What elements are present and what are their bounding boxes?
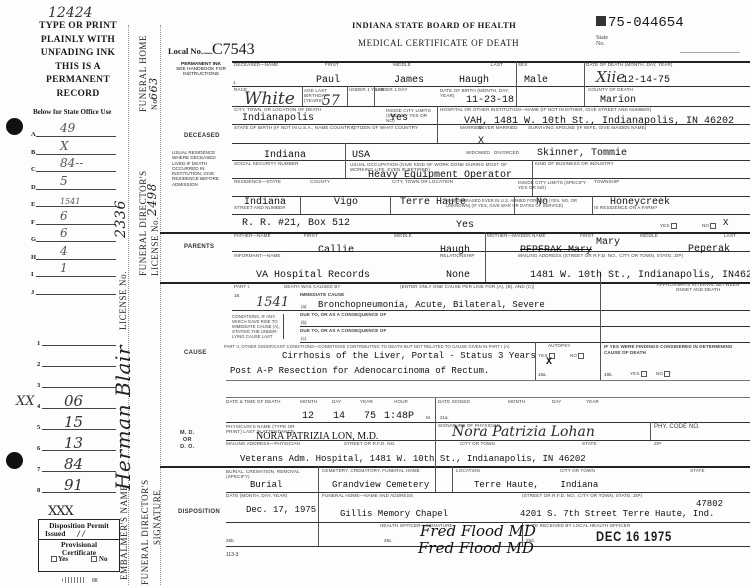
checkbox-no[interactable] [91,556,97,562]
res-county-label: COUNTY [310,180,330,185]
md-line: M. D. [180,430,195,437]
state-code-letter: A [31,131,36,138]
dt-day-label: DAY [332,400,341,405]
col-divider [532,160,533,196]
col-divider [300,196,301,214]
state-no: 75-044654 [596,15,684,31]
state-code-line [36,206,116,207]
state-code-value[interactable]: 13 [64,434,83,452]
section-md-do: M. D. OR D. O. [180,430,195,451]
punch-hole [6,118,23,135]
state-code-number: 5 [37,424,40,431]
interval-label: APPROXIMATE INTERVAL BETWEEN ONSET AND D… [648,282,748,292]
city-label: CITY, TOWN, OR LOCATION OF DEATH [234,108,322,113]
state-code-number: 6 [37,445,40,452]
state-code-letter: I [31,271,34,278]
farm-yes[interactable]: YES [660,223,677,229]
yes-label: Yes [58,555,68,563]
col-divider [650,422,651,440]
state-code-value[interactable]: X [60,139,69,153]
findings-no-label: NO [656,371,663,376]
dod-label: DATE OF DEATH (MONTH, DAY, YEAR) [586,63,673,68]
state-code-letter: C [31,166,36,173]
first-label: FIRST [325,63,339,68]
findings-yes-label: YES [630,371,640,376]
res-city-label: CITY, TOWN OR LOCATION [392,180,453,185]
state-code-line [36,189,116,190]
state-code-number: 7 [37,466,40,473]
res-state-label: RESIDENCE—STATE [234,180,281,185]
field-number: 25d. [526,538,535,543]
state-code-value[interactable]: 06 [64,392,83,410]
signed-month-label: MONTH [508,400,525,405]
sex-label: SEX [518,63,528,68]
issued-value: / / [77,529,85,538]
funeral-home-label: FUNERAL HOME—NAME AND ADDRESS [322,494,413,499]
section-disposition: DISPOSITION [178,509,220,515]
field-number: 18. [234,293,240,298]
state-code-value[interactable]: 84 [64,455,83,473]
autopsy-no-label: NO [570,353,577,358]
res-limits-label: INSIDE CITY LIMITS (SPECIFY YES OR NO) [518,180,588,190]
health-officer-signature: Fred Flood MD [420,524,536,539]
mailing-label: MAILING ADDRESS—PHYSICIAN [226,442,300,447]
location-city-label: CITY OR TOWN [560,469,595,474]
md-line: OR [180,437,195,444]
death-hour[interactable]: 1:48P [384,412,414,422]
mother-middle-label: MIDDLE [640,234,658,239]
state-code-letter: B [31,149,35,156]
notice-line: TYPE OR PRINT [33,20,123,34]
union-label-ornament [62,577,86,583]
township-label: TOWNSHIP [594,180,619,185]
deceased-sex[interactable]: Male [524,76,548,86]
date-label: DATE (MONTH, DAY, YEAR) [226,494,287,499]
phy-code-label: PHY. CODE NO. [654,424,700,430]
field-number: 1. [233,80,237,85]
dt-month-label: MONTH [300,400,317,405]
father-first-label: FIRST [304,234,318,239]
col-divider [535,342,536,380]
business-label: KIND OF BUSINESS OR INDUSTRY [535,162,614,167]
signed-year-label: YEAR [586,400,599,405]
license-label: LICENSE No. [118,271,128,330]
findings-no[interactable]: NO [656,371,670,377]
form-title: MEDICAL CERTIFICATE OF DEATH [358,38,519,48]
funeral-home-name[interactable]: Gillis Memory Chapel [340,510,448,519]
informant-label: INFORMANT—NAME [234,254,281,259]
marital-status-mark[interactable]: X [478,137,484,147]
directors-license-no: 2498 [146,183,158,216]
deceased-first[interactable]: Paul [316,76,340,86]
birth-state-label: STATE OF BIRTH (IF NOT IN U.S.A., NAME C… [234,126,355,131]
notice-line: RECORD [33,88,123,102]
part2-line1[interactable]: Cirrhosis of the Liver, Portal - Status … [282,352,536,361]
autopsy-label: AUTOPSY [548,344,571,349]
dt-hour-label: HOUR [394,400,408,405]
md-line: D. O. [180,444,195,451]
never-married-label: NEVER MARRIED [478,126,518,131]
inside-city-limits[interactable]: Yes [390,114,408,124]
mother-first-label: FIRST [580,234,594,239]
usual-residence-note: USUAL RESIDENCE WHERE DECEASED LIVED IF … [172,150,219,187]
street-label: STREET OR R.F.D. NO. [344,442,396,447]
state-code-value[interactable]: 49 [60,121,75,135]
note-line: LYING CAUSE LAST [232,334,280,339]
state-code-value[interactable]: 5 [60,174,68,188]
rule [300,342,750,343]
dt-year-label: YEAR [360,400,373,405]
cause-code: 1541 [256,296,289,309]
state-code-prefix: XX [16,394,35,409]
mother-last[interactable]: Peperak [688,245,730,255]
state-code-number: 8 [37,487,40,494]
notice-line: PLAINLY WITH [33,34,123,48]
checkbox-farm-yes[interactable] [671,223,677,229]
city-label: CITY OR TOWN [460,442,495,447]
rule [232,160,750,161]
informant-address[interactable]: 1481 W. 10th St., Indianapolis, IN4620 [530,271,750,281]
rule [232,251,750,252]
part2-line2[interactable]: Post A-P Resection for Adenocarcinoma of… [230,367,489,376]
cause-a[interactable]: Bronchopneumonia, Acute, Bilateral, Seve… [318,301,545,310]
provisional-yes[interactable]: Yes [51,556,69,564]
armed-label: WAS DECEASED EVER IN U.S. ARMED FORCES? … [446,198,586,208]
col-divider [516,62,517,106]
dod-overwrite: Xiie [596,70,625,85]
mother-first[interactable]: Mary [596,238,620,248]
state-code-value[interactable]: 84-- [60,156,83,170]
state-code-line [36,171,116,172]
stamp-mark-icon [596,16,606,26]
col-divider [435,397,436,492]
physician-signature: Nora Patrizia Lohan [452,425,595,439]
death-day[interactable]: 14 [333,412,345,422]
citizenship[interactable]: USA [352,151,370,161]
state-code-line [36,259,116,260]
state-code-number: 4 [37,403,40,410]
mother-last-label: LAST [724,234,736,239]
surviving-spouse[interactable]: Skinner, Tommie [537,149,627,159]
method-label: BURIAL, CREMATION, REMOVAL (SPECIFY) [226,469,312,479]
local-no: Local No.........C7543 [168,41,255,59]
col-divider [592,196,593,214]
field-number: 25c. [384,538,393,543]
col-divider [584,62,585,106]
checkbox-yes[interactable] [51,556,57,562]
instructions: PERMANENT INK SEE HANDBOOK FOR INSTRUCTI… [170,62,232,77]
col-divider [485,232,486,282]
findings-label: IF YES WERE FINDINGS CONSIDERED IN DETER… [604,344,744,355]
funeral-home-no: 663 [148,77,159,100]
punch-hole [6,452,23,469]
location-state-label: STATE [690,469,705,474]
col-divider [302,86,303,106]
address-label: (STREET OR R.F.D. NO., CITY OR TOWN, STA… [522,494,642,499]
caused-by-label: DEATH WAS CAUSED BY [284,285,341,290]
fd-signature-label: FUNERAL DIRECTOR'S [140,479,150,585]
embalmer-label: EMBALMER'S NAME [119,485,129,580]
state-no-value: 75-044654 [608,15,684,31]
deceased-middle[interactable]: James [394,76,424,86]
notice-line: PERMANENT [33,74,123,88]
divider [680,52,740,53]
col-divider [345,143,346,178]
state-code-line [36,136,116,137]
rule [160,466,750,468]
rule [232,196,750,197]
father-first[interactable]: Callie [318,246,354,256]
top-handwritten-number: 12424 [48,6,93,20]
autopsy-no[interactable]: NO [570,353,584,359]
findings-yes[interactable]: YES [630,371,647,377]
ink-notice: TYPE OR PRINT PLAINLY WITH UNFADING INK … [33,20,123,101]
informant[interactable]: VA Hospital Records [256,271,370,281]
date-of-death[interactable]: 12-14-75 [622,76,670,86]
form-mark: 88 [92,578,98,584]
note-line: RESIDENCE BEFORE [172,176,219,181]
relationship-label: RELATIONSHIP [440,254,475,259]
deceased-last[interactable]: Haugh [459,76,489,86]
col-divider [390,196,391,214]
res-county[interactable]: Vigo [334,198,358,208]
funeral-home-label: FUNERAL HOME [138,35,148,112]
hospital-label: HOSPITAL OR OTHER INSTITUTION—NAME (IF N… [440,108,651,113]
state-office-label: Below for State Office Use [33,108,111,116]
instructions-line: INSTRUCTIONS [170,72,232,77]
armed-forces[interactable]: Yes [456,221,474,231]
section-cause: CAUSE [184,350,207,356]
col-divider [437,106,438,143]
state-code-value[interactable]: 6 [60,226,68,240]
issued-label: Issued [45,529,65,538]
race[interactable]: White [244,91,295,108]
birth-state[interactable]: Indiana [264,151,306,161]
cemetery[interactable]: Grandview Cemetery [332,481,429,490]
divorced-label: DIVORCED [494,151,519,156]
autopsy-mark: X [546,358,552,368]
state-code-value[interactable]: 6 [60,209,68,223]
notice-line: THIS IS A [33,61,123,75]
disposition-method[interactable]: Burial [250,481,282,490]
field-a: (a) [301,304,307,309]
col-divider [600,272,601,380]
state-no-label: State No. [596,35,614,47]
disposition-location[interactable]: Terre Haute, Indiana [474,481,598,490]
part1-label: PART I. [234,285,250,290]
cemetery-label: CEMETERY, CREMATORY, FUNERAL HOME [322,469,420,474]
received-stamp: DEC 16 1975 [596,528,672,544]
state-code-letter: J [31,289,34,296]
disposition-date[interactable]: Dec. 17, 1975 [246,506,316,515]
checkbox-findings-yes[interactable] [641,371,647,377]
col-divider [318,466,319,546]
rule [232,310,750,311]
street-label: STREET AND NUMBER [234,206,286,211]
field-number: 19b. [604,372,613,377]
state-code-line [36,224,116,225]
mother-label: MOTHER—MAIDEN NAME [487,234,546,239]
relationship[interactable]: None [446,271,470,281]
state-code-line [36,276,116,277]
section-deceased: DECEASED [184,133,220,139]
due-to-label-c: DUE TO, OR AS A CONSEQUENCE OF [300,329,386,334]
farm-mark: X [723,219,728,228]
state-code-number: 2 [37,361,40,368]
father-middle-label: MIDDLE [394,234,412,239]
farm-no[interactable]: NO [702,223,716,229]
due-to-label-b: DUE TO, OR AS A CONSEQUENCE OF [300,313,386,318]
provisional-no[interactable]: No [91,556,107,564]
rule [300,326,750,327]
checkbox-autopsy-no[interactable] [578,353,584,359]
county-of-death[interactable]: Marion [600,96,636,106]
state-code-number: 1 [37,340,40,347]
checkbox-farm-no[interactable] [710,223,716,229]
date-of-birth[interactable]: 11-23-18 [466,96,514,106]
ssn-label: SOCIAL SECURITY NUMBER [234,162,298,167]
permit-issued: Issued / / [39,530,119,538]
state-code-line [42,345,116,346]
spouse-label: SURVIVING SPOUSE (IF WIFE, GIVE MAIDEN N… [528,126,646,131]
state-code-line [36,294,116,295]
funeral-home-address[interactable]: 4201 S. 7th Street Terre Haute, Ind. [520,510,714,519]
state-code-value[interactable]: 15 [64,413,83,431]
notice-line: UNFADING INK [33,47,123,61]
name-label: DECEASED—NAME [234,63,278,68]
col-divider [452,466,453,492]
conditions-note: CONDITIONS, IF ANY, WHICH GAVE RISE TO I… [232,314,284,339]
zip-label: ZIP [654,442,661,447]
embalmer-name: Herman Blair [113,345,133,490]
rule [232,214,750,215]
rule [226,397,750,398]
citizen-label: CITIZEN OF WHAT COUNTRY [352,126,418,131]
field-number: 19a. [538,372,547,377]
field-b: (b) [301,320,307,325]
death-month[interactable]: 12 [302,412,314,422]
farm-no-label: NO [702,223,709,228]
state-code-value[interactable]: 1541 [60,197,80,206]
signed-label: DATE SIGNED [438,400,470,405]
state-code-line [42,366,116,367]
signature-label: SIGNATURE [152,490,162,545]
state-code-value[interactable]: 4 [60,244,68,258]
disposition-permit-box: Disposition Permit Issued / / Provisiona… [38,519,120,572]
state-code-line [36,241,116,242]
checkbox-findings-no[interactable] [664,371,670,377]
state-code-letter: F [31,219,35,226]
note-line: ADMISSION [172,182,219,187]
health-officer-signature-2: Fred Flood MD [418,541,534,556]
part2-label: PART II. OTHER SIGNIFICANT CONDITIONS—CO… [224,344,534,349]
provisional-options: Yes No [39,556,119,564]
rule [226,380,750,381]
field-number: 21a. [440,415,449,420]
state-code-line [36,154,116,155]
physician-mailing[interactable]: Veterans Adm. Hospital, 1481 W. 10th St.… [240,455,586,464]
section-parents: PARENTS [184,244,214,250]
state-code-letter: E [31,201,35,208]
local-no-label: Local No. [168,46,203,56]
note-line: WHERE DECEASED [172,155,219,160]
middle-label: MIDDLE [393,63,411,68]
meridiem-label: M. [426,416,431,421]
farm-label: IS RESIDENCE ON A FARM? [594,206,657,211]
dt-label: DATE & TIME OF DEATH [226,400,281,405]
rule [232,143,750,144]
death-year[interactable]: 75 [364,412,376,422]
license-no: 2336 [114,200,128,238]
city-of-death[interactable]: Indianapolis [242,114,314,124]
signed-day-label: DAY [552,400,561,405]
col-divider [347,86,348,106]
street-address[interactable]: R. R. #21, Box 512 [242,219,350,229]
state-code-number: 3 [37,382,40,389]
directors-license-no-label: LICENSE No. [150,217,160,276]
provisional-certificate: Provisional Certificate Yes No [39,539,119,564]
mailing-label: MAILING ADDRESS (STREET OR R.F.D. NO., C… [518,254,683,259]
rule [226,492,750,493]
farm-yes-label: YES [660,223,670,228]
agency-title: INDIANA STATE BOARD OF HEALTH [352,20,516,30]
under-day-label: UNDER 1 DAY [376,88,408,93]
rule [232,86,750,87]
enter-one-label: (ENTER ONLY ONE CAUSE PER LINE FOR (a), … [400,285,535,290]
state-code-value[interactable]: 91 [64,476,83,494]
no-label: No [99,555,108,563]
age[interactable]: 57 [322,94,340,108]
widowed-label: WIDOWED [466,151,490,156]
last-label: LAST [491,63,503,68]
county-label: COUNTY OF DEATH [588,88,633,93]
immediate-label: IMMEDIATE CAUSE [300,293,344,298]
state-label: STATE [582,442,597,447]
state-code-line [42,387,116,388]
form-number: 113-3 [226,552,238,558]
state-code-letter: D [31,184,36,191]
father-label: FATHER—NAME [234,234,271,239]
field-c: (c) [301,336,306,341]
funeral-zip[interactable]: 47802 [696,500,723,509]
xxx-mark: XXX [48,505,73,518]
location-label: LOCATION [456,469,480,474]
state-code-value[interactable]: 1 [60,261,68,275]
field-number: 25b. [226,538,235,543]
local-no-value: C7543 [212,41,255,58]
